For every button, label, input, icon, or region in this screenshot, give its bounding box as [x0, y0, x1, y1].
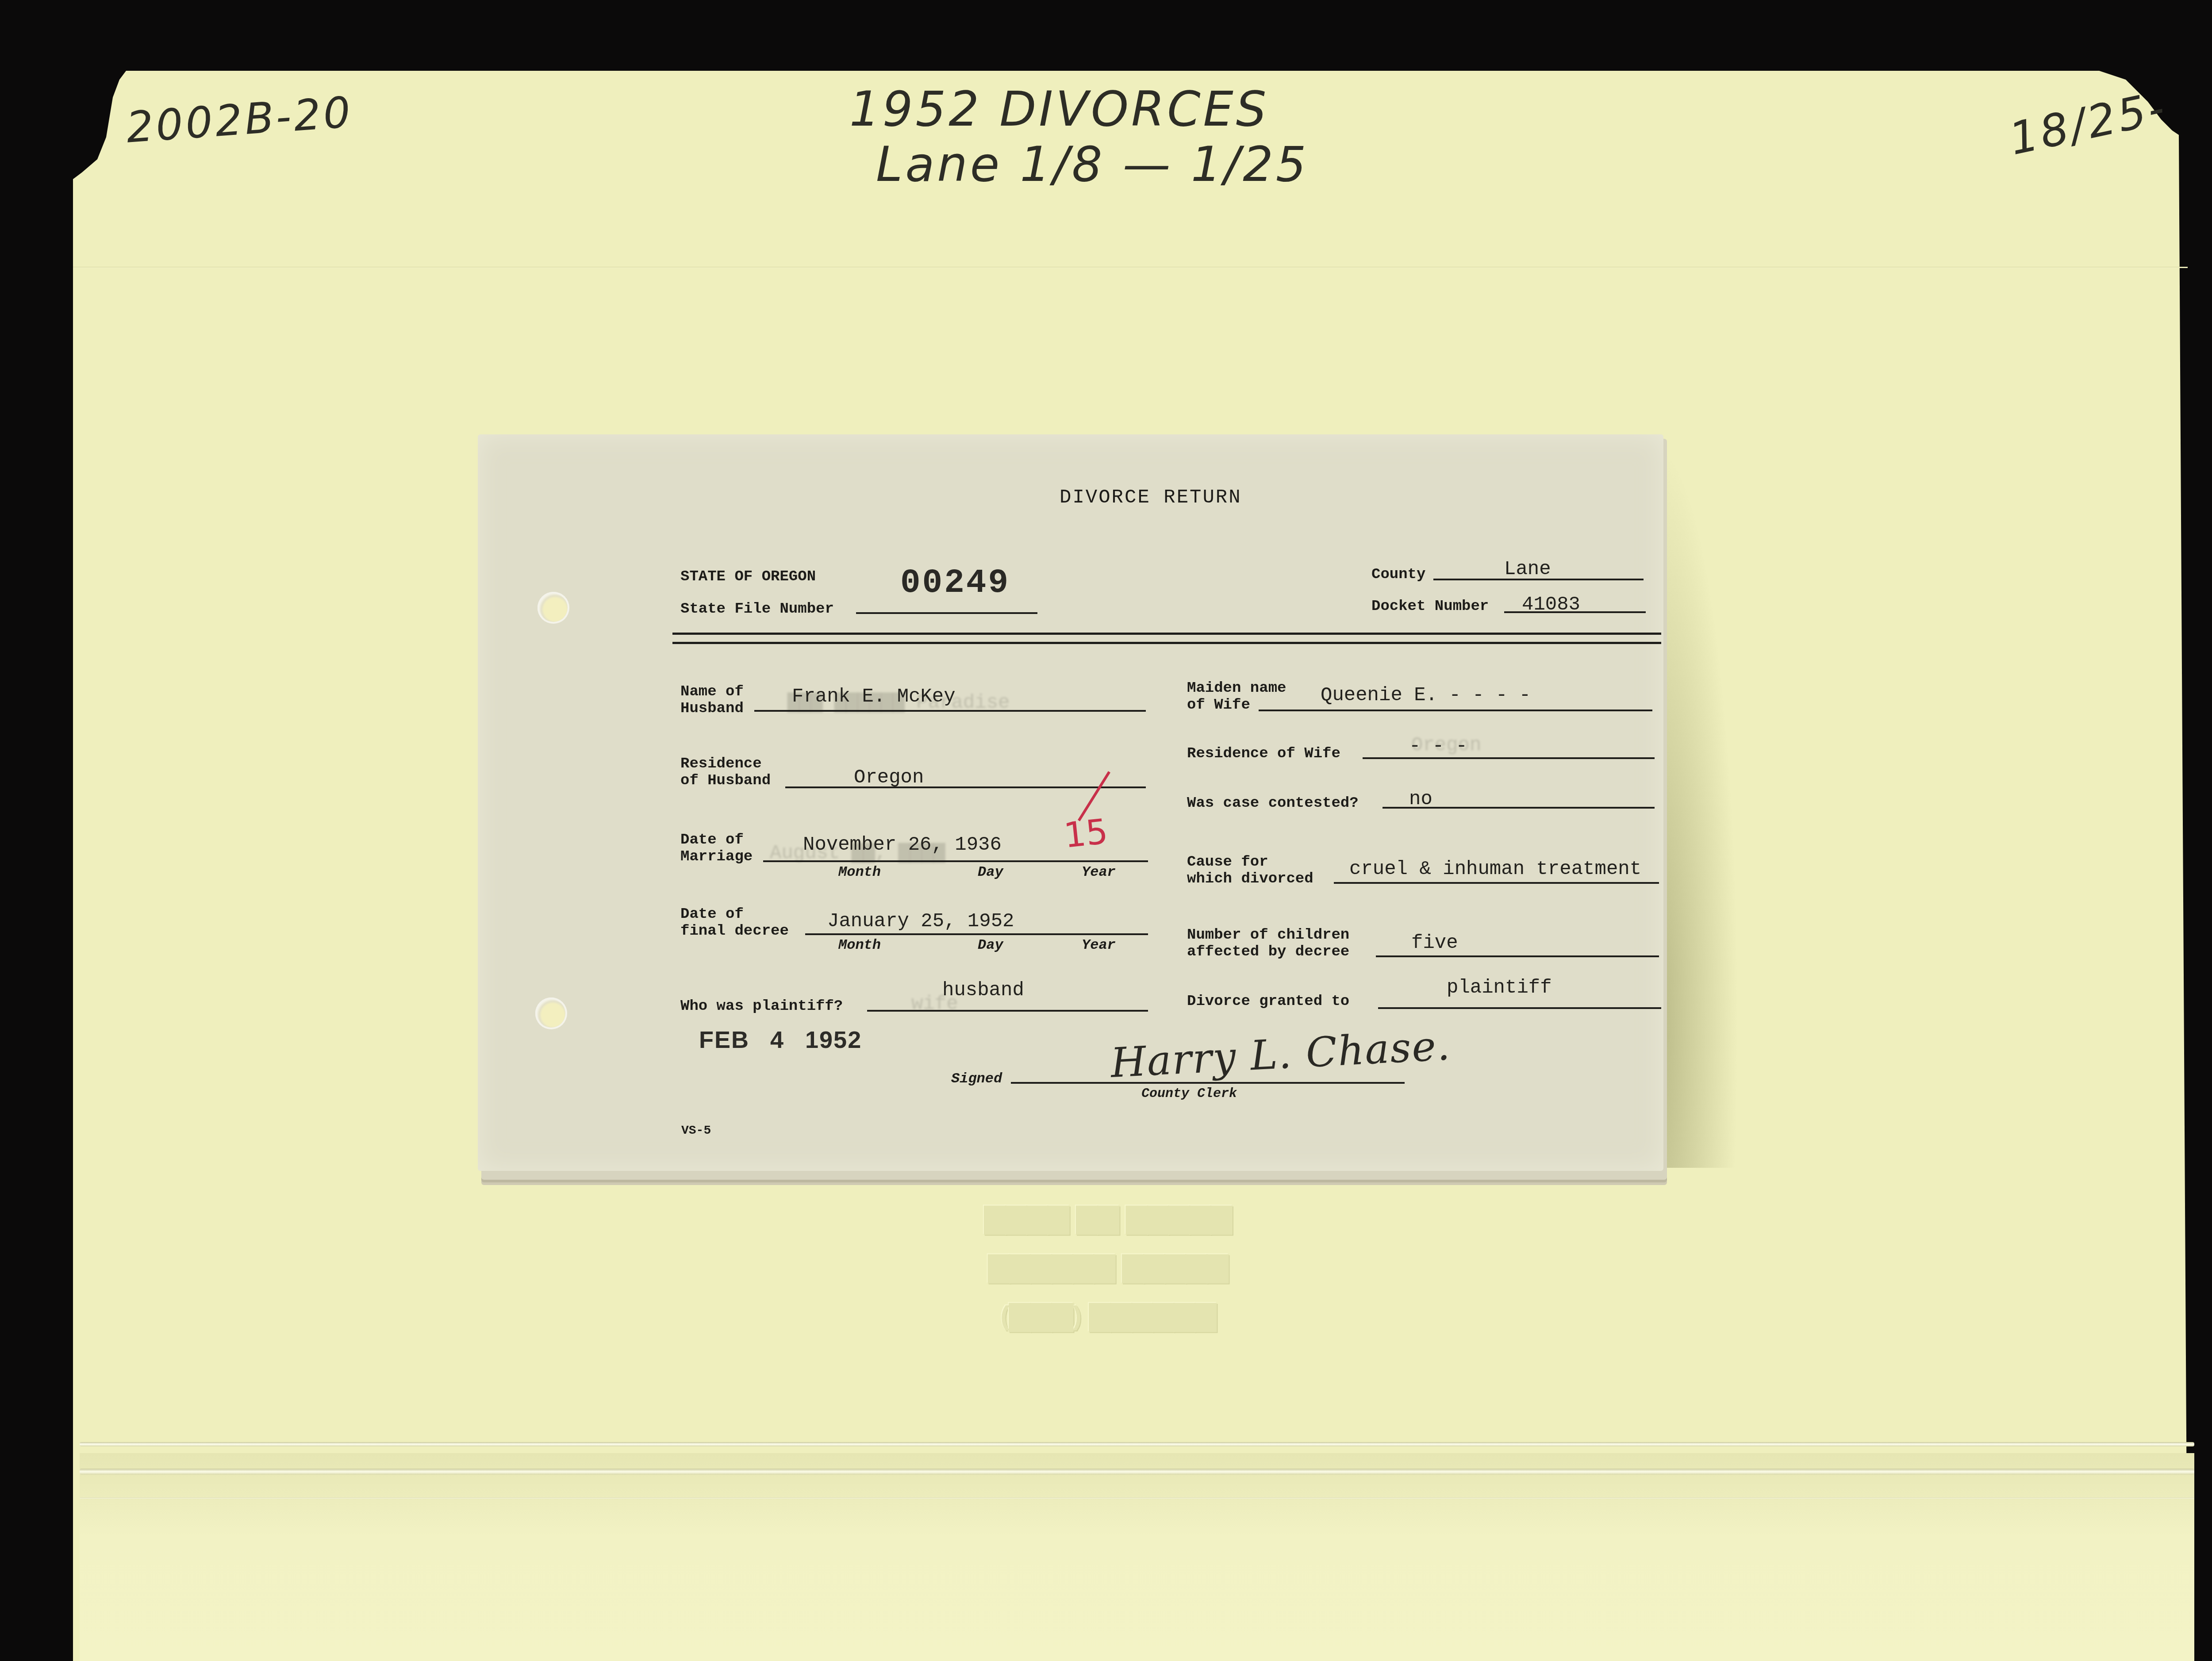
wife-residence-label: Residence of Wife — [1187, 745, 1340, 762]
folder-title-line-1: 1952 DIVORCES — [849, 82, 1269, 137]
granted-to-rule — [1378, 1007, 1661, 1009]
children-label: Number of children affected by decree — [1187, 927, 1349, 960]
county-rule — [1433, 579, 1644, 580]
husband-name-rule — [754, 710, 1146, 712]
husband-residence-value: Oregon — [854, 767, 924, 789]
punch-hole — [538, 592, 569, 624]
wife-maiden-name-value: Queenie E. - - - - — [1321, 684, 1531, 706]
signed-label: Signed — [951, 1070, 1002, 1087]
marriage-year-caption: Year — [1082, 864, 1116, 880]
folder-bottom-flap — [80, 1453, 2194, 1661]
wife-residence-value: - - - — [1409, 735, 1467, 757]
marriage-month-caption: Month — [838, 864, 881, 880]
docket-number-rule — [1504, 611, 1646, 613]
signer-title: County Clerk — [1141, 1086, 1237, 1101]
folder-crease — [73, 267, 2188, 268]
granted-to-label: Divorce granted to — [1187, 993, 1349, 1010]
children-rule — [1376, 955, 1659, 957]
county-value: Lane — [1504, 558, 1551, 580]
cause-label: Cause for which divorced — [1187, 854, 1313, 887]
form-code: VS-5 — [681, 1123, 711, 1139]
marriage-date-value: November 26, 1936 — [803, 834, 1002, 856]
marriage-date-rule — [763, 860, 1148, 862]
wife-residence-rule — [1363, 757, 1655, 759]
contested-rule — [1382, 807, 1655, 809]
signature-rule — [1011, 1082, 1405, 1084]
granted-to-value: plaintiff — [1447, 977, 1552, 999]
state-file-number-label: State File Number — [680, 601, 834, 618]
received-date-stamp: FEB 4 1952 — [699, 1026, 862, 1054]
husband-name-value: Frank E. McKey — [792, 686, 956, 708]
fold-ridge — [80, 1469, 2194, 1475]
decree-day-caption: Day — [978, 937, 1003, 953]
punch-hole — [535, 997, 567, 1029]
red-years-annotation: 15 — [1062, 812, 1110, 856]
decree-date-rule — [805, 933, 1148, 935]
cause-rule — [1334, 882, 1659, 884]
county-label: County — [1371, 566, 1425, 583]
state-file-number-rule — [856, 612, 1037, 614]
fold-ridge — [80, 1442, 2194, 1446]
wife-maiden-name-label: Maiden name of Wife — [1187, 680, 1286, 714]
wife-maiden-name-rule — [1259, 710, 1652, 711]
state-label: STATE OF OREGON — [680, 568, 816, 585]
plaintiff-rule — [867, 1010, 1148, 1012]
marriage-date-label: Date of Marriage — [680, 832, 753, 865]
decree-year-caption: Year — [1082, 937, 1116, 953]
decree-month-caption: Month — [838, 937, 881, 953]
husband-residence-rule — [785, 786, 1146, 788]
plaintiff-label: Who was plaintiff? — [680, 998, 843, 1015]
decree-date-value: January 25, 1952 — [827, 910, 1014, 932]
embossed-seal: ▇▇▇▇ ▇▇ ▇▇▇▇▇▇▇▇▇▇▇ ▇▇▇▇▇(▇▇▇) ▇▇▇▇▇▇ — [920, 1194, 1296, 1340]
fold-ridge — [80, 1497, 2194, 1499]
form-title: DIVORCE RETURN — [1060, 487, 1242, 509]
divorce-return-card — [478, 434, 1663, 1171]
docket-number-label: Docket Number — [1371, 598, 1489, 615]
folder-title-annotation: 1952 DIVORCES Lane 1/8 — 1/25 — [849, 82, 1309, 192]
marriage-day-caption: Day — [978, 864, 1003, 880]
plaintiff-value: husband — [942, 979, 1024, 1001]
cause-value: cruel & inhuman treatment — [1349, 858, 1641, 880]
husband-residence-label: Residence of Husband — [680, 756, 771, 789]
husband-name-label: Name of Husband — [680, 683, 744, 717]
children-value: five — [1411, 932, 1458, 954]
header-divider — [672, 633, 1661, 644]
folder-title-line-2: Lane 1/8 — 1/25 — [849, 137, 1309, 192]
contested-label: Was case contested? — [1187, 795, 1359, 812]
decree-date-label: Date of final decree — [680, 906, 789, 940]
state-file-number: 00249 — [900, 564, 1010, 602]
